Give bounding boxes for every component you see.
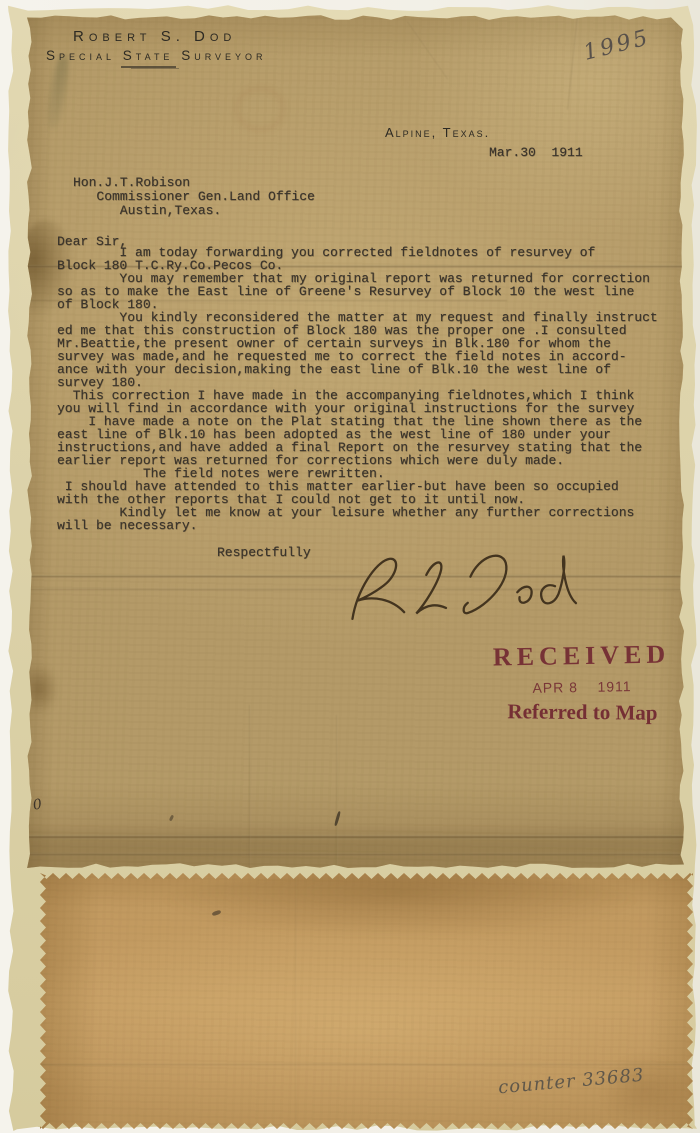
top-stain [160,873,640,937]
file-number-handwritten: 1995 [581,25,653,66]
letterhead-rule [131,68,179,69]
closing: Respectfully [217,545,311,560]
fold-crease-vertical [336,715,338,868]
letter-body: I am today forwarding you corrected fiel… [57,246,658,532]
fold-crease [27,853,684,856]
received-stamp: RECEIVED APR 8 1911 Referred to Map [474,639,689,727]
fold-crease-vertical [407,21,449,79]
dateline-date: Mar.30 1911 [489,145,583,160]
fold-crease [40,1063,693,1066]
fold-wear-band [27,824,684,868]
letter-sheet: Robert S. Dod Special State Surveyor 199… [27,15,684,868]
letterhead-name: Robert S. Dod [73,28,236,45]
zero-mark-handwritten: 0 [32,796,44,813]
stamp-referred-text: Referred to Map [475,699,689,726]
smudge-mark [45,54,70,129]
stamp-received-text: RECEIVED [474,639,688,673]
signature-handwriting [337,537,591,640]
stamp-date-text: APR 8 1911 [475,677,689,697]
pinked-edge-paper: counter 33683 [40,873,693,1129]
ink-fleck [169,815,174,822]
dateline-place: Alpine, Texas. [385,125,490,140]
fold-crease-vertical [249,705,251,868]
recipient-address: Hon.J.T.Robison Commissioner Gen.Land Of… [73,176,315,218]
fold-crease-vertical [567,15,579,110]
scan-bed: Robert S. Dod Special State Surveyor 199… [0,0,700,1133]
fold-crease [27,835,684,839]
ring-stain [235,87,285,131]
fold-crease-vertical [295,873,297,1129]
letterhead-title: Special State Surveyor [46,48,267,63]
